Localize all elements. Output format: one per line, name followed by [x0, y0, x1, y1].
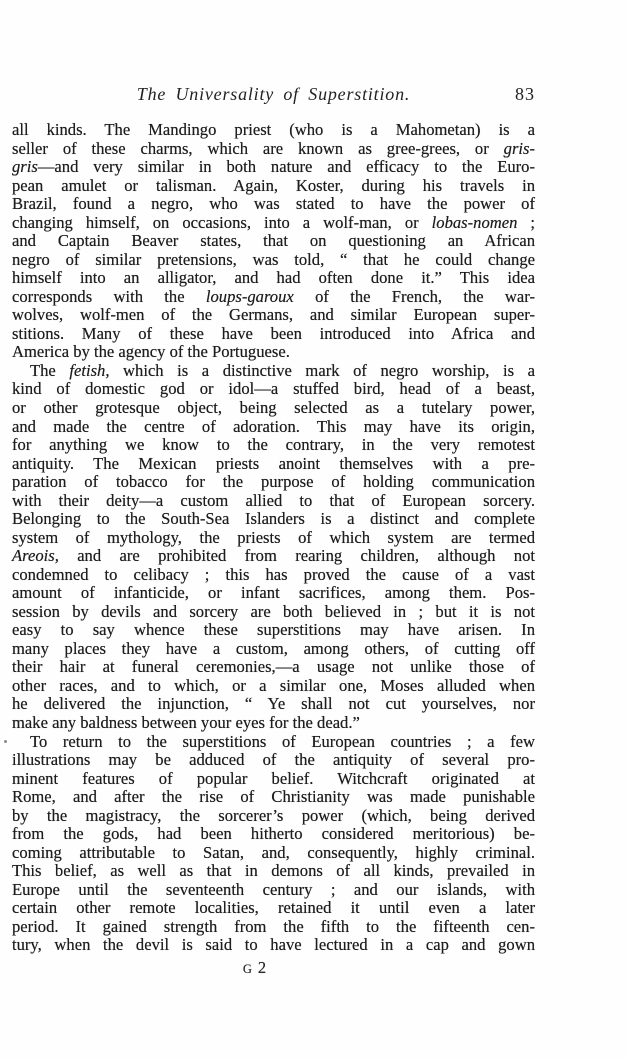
text-segment: condemned to celibacy ; this has proved … [12, 565, 535, 584]
text-segment: period. It gained strength from the fift… [12, 917, 535, 936]
text-line: period. It gained strength from the fift… [12, 918, 535, 937]
text-line: easy to say whence these superstitions m… [12, 621, 535, 640]
text-line: pean amulet or talisman. Again, Koster, … [12, 177, 535, 196]
text-segment: with their deity—a custom allied to that… [12, 491, 535, 510]
italic-text: gris- [504, 139, 535, 158]
text-segment: seller of these charms, which are known … [12, 139, 504, 158]
text-line: many places they have a custom, among ot… [12, 640, 535, 659]
text-line: session by devils and sorcery are both b… [12, 603, 535, 622]
text-segment: their hair at funeral ceremonies,—a usag… [12, 657, 535, 676]
text-line: America by the agency of the Portuguese. [12, 343, 535, 362]
signature-mark-inner: G2 [243, 958, 266, 978]
running-head: The Universality of Superstition. 83 [12, 84, 535, 106]
text-line: seller of these charms, which are known … [12, 140, 535, 159]
text-segment: by the magistracy, the sorcerer’s power … [12, 806, 535, 825]
text-segment: This belief, as well as that in demons o… [12, 861, 535, 880]
italic-text: loups-garoux [206, 287, 294, 306]
text-segment: which is a distinctive mark of negro wor… [109, 361, 535, 380]
text-line: condemned to celibacy ; this has proved … [12, 566, 535, 585]
text-segment: certain other remote localities, retaine… [12, 898, 535, 917]
text-line: himself into an alligator, and had often… [12, 269, 535, 288]
text-line: Rome, and after the rise of Christianity… [12, 788, 535, 807]
text-line: antiquity. The Mexican priests anoint th… [12, 455, 535, 474]
text-segment: corresponds with the [12, 287, 206, 306]
italic-text: Areois, [12, 546, 59, 565]
text-segment: changing himself, on occasions, into a w… [12, 213, 432, 232]
text-segment: Rome, and after the rise of Christianity… [12, 787, 535, 806]
page-number: 83 [515, 84, 535, 105]
text-segment: illustrations may be adduced of the anti… [12, 750, 535, 769]
text-segment: minent features of popular belief. Witch… [12, 769, 535, 788]
text-segment: wolves, wolf-men of the Germans, and sim… [12, 305, 535, 324]
text-line: and made the centre of adoration. This m… [12, 418, 535, 437]
text-segment: America by the agency of the Portuguese. [12, 342, 290, 361]
text-line: coming attributable to Satan, and, conse… [12, 844, 535, 863]
text-segment: and made the centre of adoration. This m… [12, 417, 535, 436]
text-line: make any baldness between your eyes for … [12, 714, 535, 733]
text-segment: other races, and to which, or a similar … [12, 676, 535, 695]
text-line: kind of domestic god or idol—a stuffed b… [12, 380, 535, 399]
italic-text: fetish, [69, 361, 109, 380]
text-segment: ; [517, 213, 535, 232]
text-segment: all kinds. The Mandingo priest (who is a… [12, 120, 535, 139]
scan-artifact-dot [4, 740, 7, 743]
text-line: To return to the superstitions of Europe… [12, 733, 535, 752]
text-line: Areois, and are prohibited from rearing … [12, 547, 535, 566]
text-line: stitions. Many of these have been introd… [12, 325, 535, 344]
text-segment: To return to the superstitions of Europe… [30, 732, 535, 751]
text-line: tury, when the devil is said to have lec… [12, 936, 535, 955]
text-segment: himself into an alligator, and had often… [12, 268, 535, 287]
text-line: wolves, wolf-men of the Germans, and sim… [12, 306, 535, 325]
text-line: changing himself, on occasions, into a w… [12, 214, 535, 233]
text-segment: stitions. Many of these have been introd… [12, 324, 535, 343]
text-line: by the magistracy, the sorcerer’s power … [12, 807, 535, 826]
text-segment: and are prohibited from rearing children… [59, 546, 535, 565]
text-line: all kinds. The Mandingo priest (who is a… [12, 121, 535, 140]
text-line: gris—and very similar in both nature and… [12, 158, 535, 177]
text-line: their hair at funeral ceremonies,—a usag… [12, 658, 535, 677]
text-segment: make any baldness between your eyes for … [12, 713, 360, 732]
text-segment: amount of infanticide, or infant sacrifi… [12, 583, 535, 602]
text-line: This belief, as well as that in demons o… [12, 862, 535, 881]
text-segment: pean amulet or talisman. Again, Koster, … [12, 176, 535, 195]
text-line: Brazil, found a negro, who was stated to… [12, 195, 535, 214]
text-segment: negro of similar pretensions, was told, … [12, 250, 535, 269]
text-segment: easy to say whence these superstitions m… [12, 620, 535, 639]
signature-letter: G [243, 962, 253, 976]
text-line: The fetish, which is a distinctive mark … [12, 362, 535, 381]
text-segment: coming attributable to Satan, and, conse… [12, 843, 535, 862]
text-segment: The [30, 361, 69, 380]
text-line: paration of tobacco for the purpose of h… [12, 473, 535, 492]
signature-number: 2 [258, 958, 266, 977]
body-text: all kinds. The Mandingo priest (who is a… [12, 121, 535, 955]
text-segment: paration of tobacco for the purpose of h… [12, 472, 535, 491]
text-line: or other grotesque object, being selecte… [12, 399, 535, 418]
text-segment: and Captain Beaver states, that on quest… [12, 231, 535, 250]
text-line: illustrations may be adduced of the anti… [12, 751, 535, 770]
text-line: with their deity—a custom allied to that… [12, 492, 535, 511]
text-segment: of the French, the war- [294, 287, 535, 306]
text-line: certain other remote localities, retaine… [12, 899, 535, 918]
text-line: amount of infanticide, or infant sacrifi… [12, 584, 535, 603]
text-line: minent features of popular belief. Witch… [12, 770, 535, 789]
text-segment: from the gods, had been hitherto conside… [12, 824, 535, 843]
text-segment: —and very similar in both nature and eff… [38, 157, 535, 176]
text-line: from the gods, had been hitherto conside… [12, 825, 535, 844]
text-segment: Europe until the seventeenth century ; a… [12, 880, 535, 899]
text-segment: many places they have a custom, among ot… [12, 639, 535, 658]
text-segment: Brazil, found a negro, who was stated to… [12, 194, 535, 213]
text-line: other races, and to which, or a similar … [12, 677, 535, 696]
book-page: The Universality of Superstition. 83 all… [0, 0, 627, 1058]
text-segment: Belonging to the South-Sea Islanders is … [12, 509, 535, 528]
text-segment: he delivered the injunction, “ Ye shall … [12, 694, 535, 713]
text-line: system of mythology, the priests of whic… [12, 529, 535, 548]
text-segment: antiquity. The Mexican priests anoint th… [12, 454, 535, 473]
text-line: for anything we know to the contrary, in… [12, 436, 535, 455]
text-segment: or other grotesque object, being selecte… [12, 398, 535, 417]
text-line: Belonging to the South-Sea Islanders is … [12, 510, 535, 529]
text-line: Europe until the seventeenth century ; a… [12, 881, 535, 900]
text-line: corresponds with the loups-garoux of the… [12, 288, 535, 307]
running-head-title: The Universality of Superstition. [12, 84, 535, 105]
text-segment: for anything we know to the contrary, in… [12, 435, 535, 454]
text-segment: system of mythology, the priests of whic… [12, 528, 535, 547]
text-line: and Captain Beaver states, that on quest… [12, 232, 535, 251]
text-segment: tury, when the devil is said to have lec… [12, 935, 535, 954]
text-line: he delivered the injunction, “ Ye shall … [12, 695, 535, 714]
signature-mark: G2 [12, 958, 535, 978]
text-line: negro of similar pretensions, was told, … [12, 251, 535, 270]
italic-text: gris [12, 157, 38, 176]
text-segment: session by devils and sorcery are both b… [12, 602, 535, 621]
text-segment: kind of domestic god or idol—a stuffed b… [12, 379, 535, 398]
italic-text: lobas-nomen [432, 213, 518, 232]
